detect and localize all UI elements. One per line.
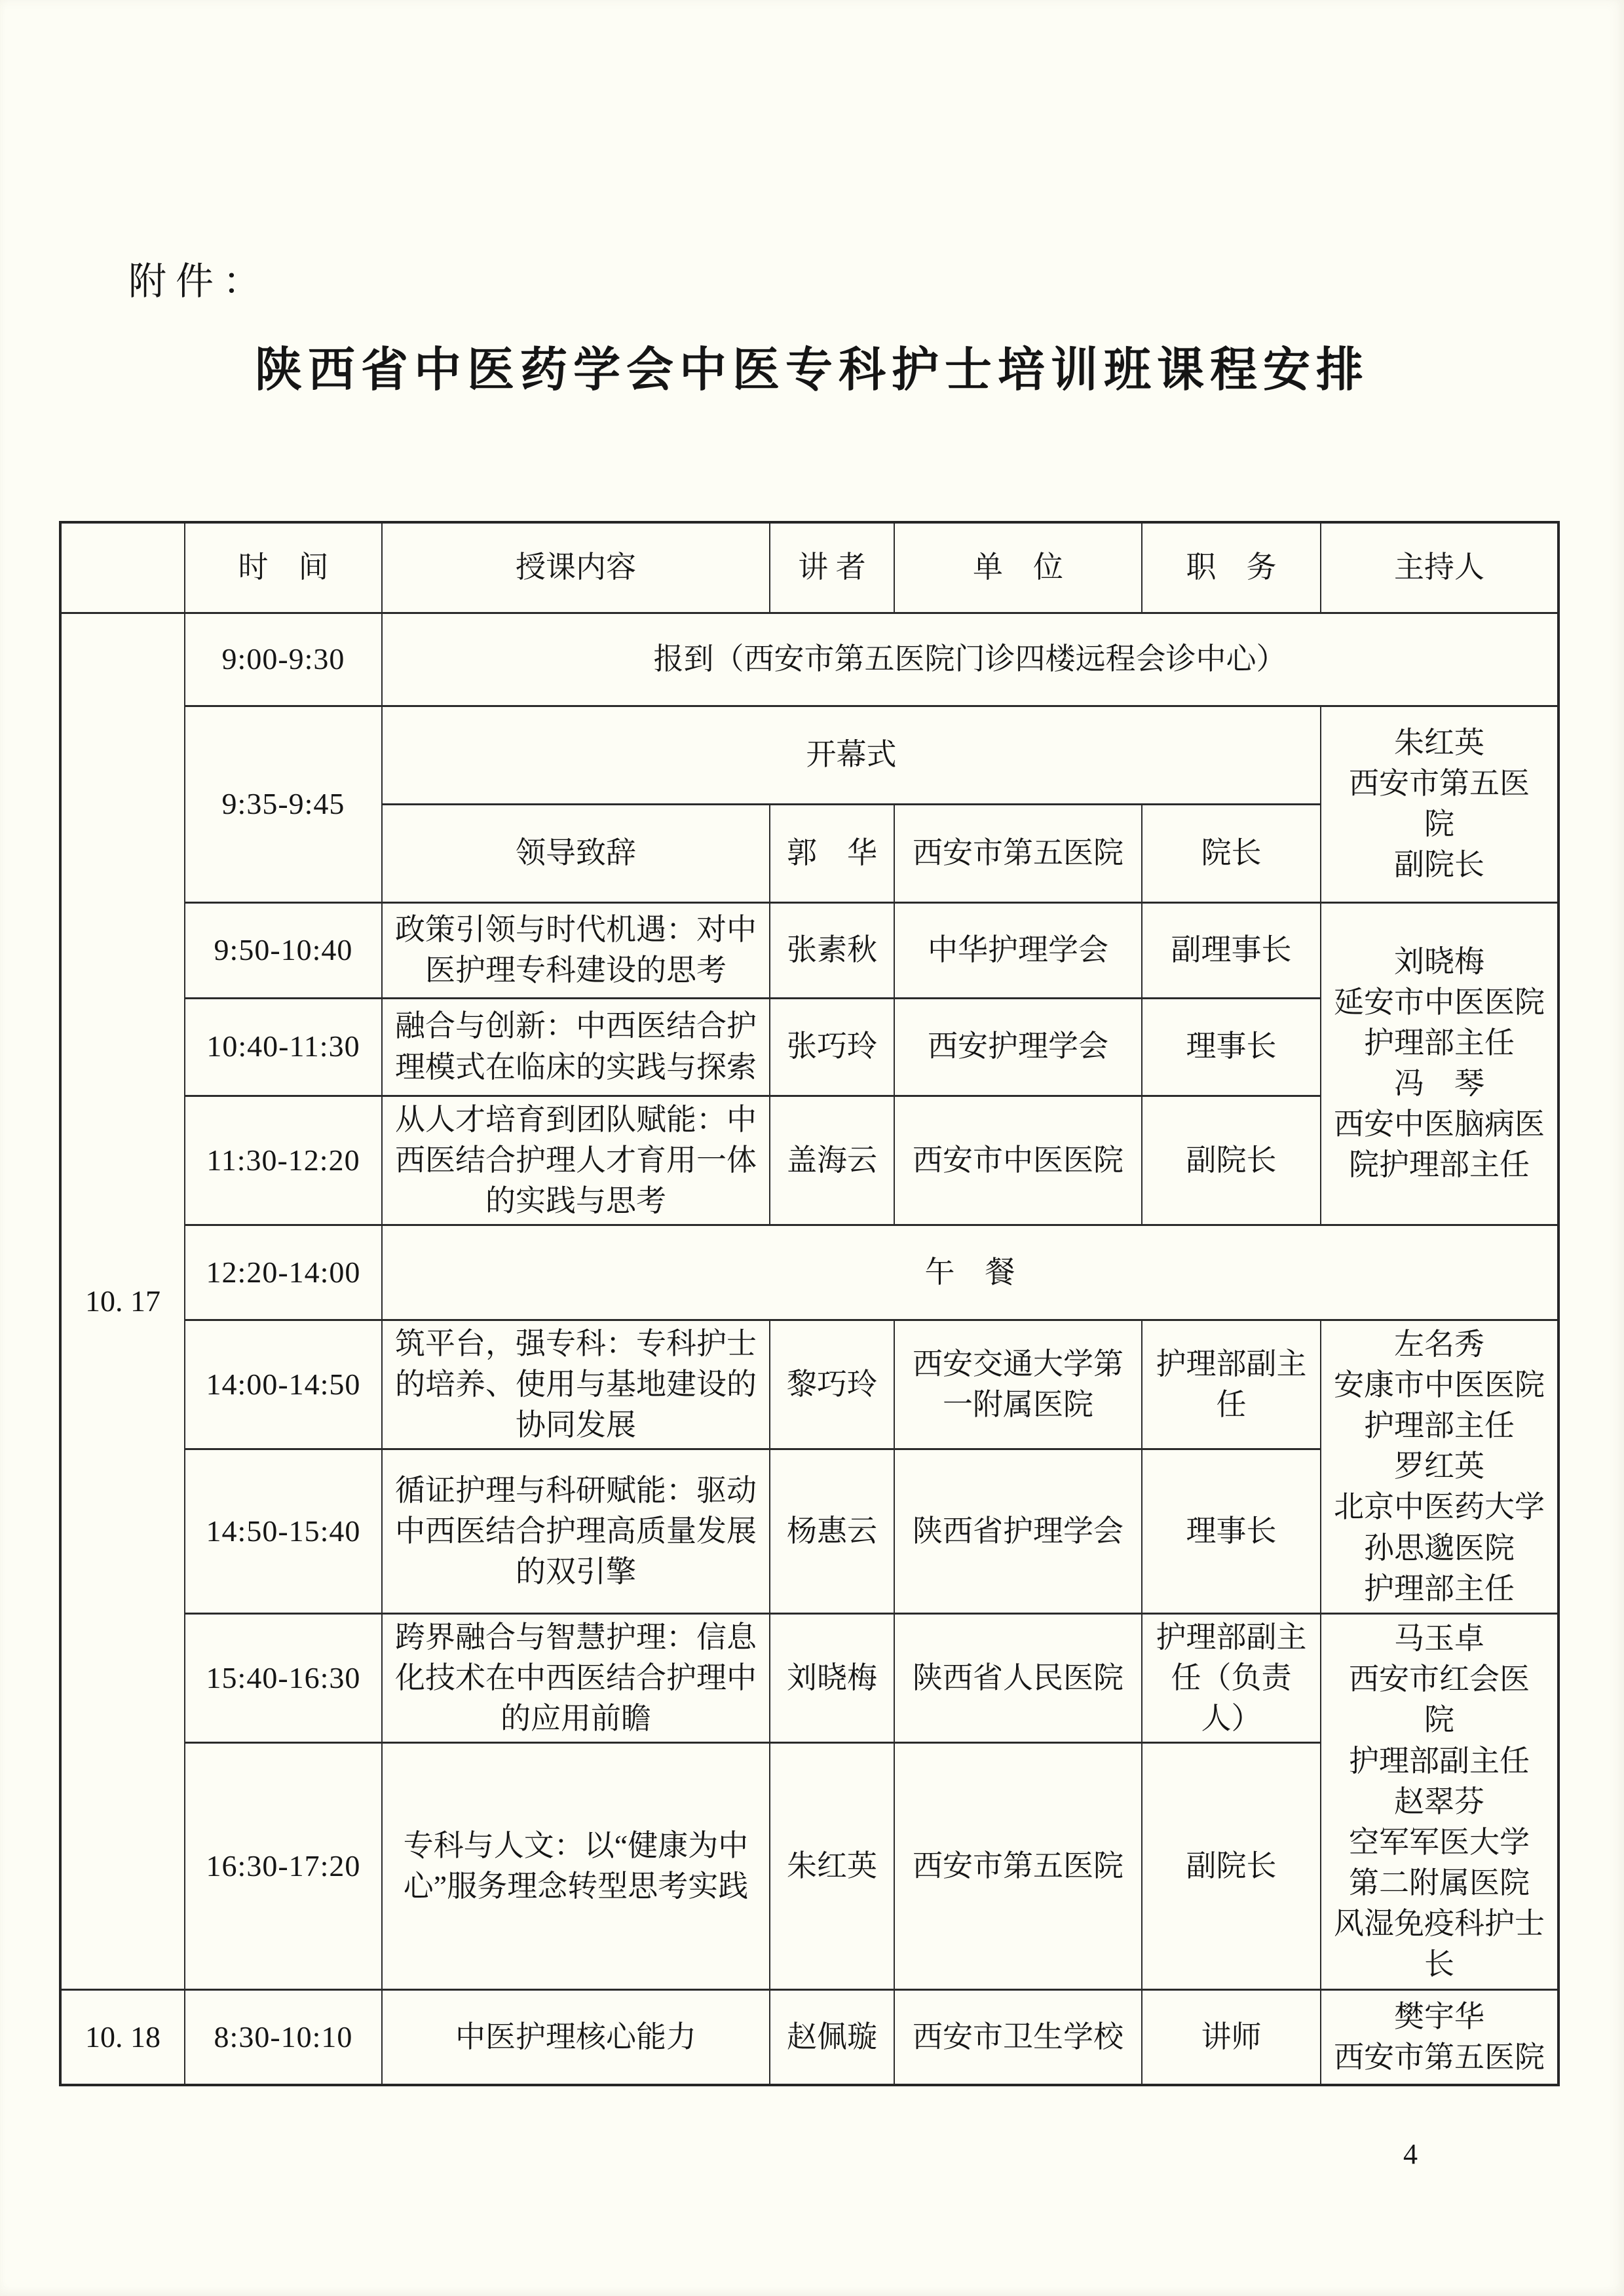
- content-cell: 专科与人文：以“健康为中心”服务理念转型思考实践: [382, 1743, 770, 1990]
- org-cell: 西安护理学会: [894, 998, 1142, 1096]
- lunch-cell: 午 餐: [382, 1225, 1558, 1320]
- time-cell: 11:30-12:20: [185, 1096, 382, 1225]
- time-cell: 8:30-10:10: [185, 1990, 382, 2085]
- speaker-cell: 张巧玲: [770, 998, 894, 1096]
- title-cell: 理事长: [1142, 1449, 1321, 1614]
- page-number: 4: [1403, 2137, 1418, 2171]
- title-cell: 院长: [1142, 804, 1321, 902]
- title-cell: 护理部副主任（负责人）: [1142, 1614, 1321, 1743]
- table-row-lecture1: 9:50-10:40 政策引领与时代机遇：对中医护理专科建设的思考 张素秋 中华…: [60, 902, 1558, 998]
- content-cell: 跨界融合与智慧护理：信息化技术在中西医结合护理中的应用前瞻: [382, 1614, 770, 1743]
- document-page: 附件： 陕西省中医药学会中医专科护士培训班课程安排 时 间 授课内容 讲 者 单…: [0, 0, 1624, 2296]
- host-cell: 樊宇华 西安市第五医院: [1321, 1990, 1558, 2085]
- host-cell: 马玉卓 西安市红会医 院 护理部副主任 赵翠芬 空军军医大学 第二附属医院 风湿…: [1321, 1614, 1558, 1990]
- speaker-cell: 张素秋: [770, 902, 894, 998]
- time-cell: 9:50-10:40: [185, 902, 382, 998]
- org-cell: 西安交通大学第一附属医院: [894, 1320, 1142, 1449]
- time-cell: 14:50-15:40: [185, 1449, 382, 1614]
- content-cell: 中医护理核心能力: [382, 1990, 770, 2085]
- title-cell: 理事长: [1142, 998, 1321, 1096]
- speaker-cell: 盖海云: [770, 1096, 894, 1225]
- content-cell: 筑平台，强专科：专科护士的培养、使用与基地建设的协同发展: [382, 1320, 770, 1449]
- speaker-cell: 赵佩璇: [770, 1990, 894, 2085]
- org-cell: 西安市第五医院: [894, 1743, 1142, 1990]
- header-time-cell: 时 间: [185, 522, 382, 613]
- table-row-lecture4: 14:00-14:50 筑平台，强专科：专科护士的培养、使用与基地建设的协同发展…: [60, 1320, 1558, 1449]
- table-row-lunch: 12:20-14:00 午 餐: [60, 1225, 1558, 1320]
- header-speaker-cell: 讲 者: [770, 522, 894, 613]
- table-row-opening-ceremony: 9:35-9:45 开幕式 朱红英 西安市第五医 院 副院长: [60, 706, 1558, 804]
- time-cell: 10:40-11:30: [185, 998, 382, 1096]
- date-cell-day2: 10. 18: [60, 1990, 185, 2085]
- time-cell: 15:40-16:30: [185, 1614, 382, 1743]
- org-cell: 陕西省护理学会: [894, 1449, 1142, 1614]
- time-cell: 12:20-14:00: [185, 1225, 382, 1320]
- header-title-cell: 职 务: [1142, 522, 1321, 613]
- table-row-registration: 10. 17 9:00-9:30 报到（西安市第五医院门诊四楼远程会诊中心）: [60, 613, 1558, 706]
- host-cell: 朱红英 西安市第五医 院 副院长: [1321, 706, 1558, 902]
- time-cell: 14:00-14:50: [185, 1320, 382, 1449]
- title-cell: 副理事长: [1142, 902, 1321, 998]
- time-cell: 9:00-9:30: [185, 613, 382, 706]
- content-cell: 报到（西安市第五医院门诊四楼远程会诊中心）: [382, 613, 1558, 706]
- header-row: 时 间 授课内容 讲 者 单 位 职 务 主持人: [60, 522, 1558, 613]
- header-content-cell: 授课内容: [382, 522, 770, 613]
- table-row-lecture6: 15:40-16:30 跨界融合与智慧护理：信息化技术在中西医结合护理中的应用前…: [60, 1614, 1558, 1743]
- title-cell: 副院长: [1142, 1096, 1321, 1225]
- org-cell: 西安市中医医院: [894, 1096, 1142, 1225]
- org-cell: 西安市卫生学校: [894, 1990, 1142, 2085]
- title-cell: 护理部副主任: [1142, 1320, 1321, 1449]
- org-cell: 陕西省人民医院: [894, 1614, 1142, 1743]
- time-cell: 9:35-9:45: [185, 706, 382, 902]
- time-cell: 16:30-17:20: [185, 1743, 382, 1990]
- title-cell: 副院长: [1142, 1743, 1321, 1990]
- org-cell: 西安市第五医院: [894, 804, 1142, 902]
- page-title: 陕西省中医药学会中医专科护士培训班课程安排: [0, 332, 1624, 400]
- host-cell: 左名秀 安康市中医医院 护理部主任 罗红英 北京中医药大学 孙思邈医院 护理部主…: [1321, 1320, 1558, 1613]
- header-date-cell: [60, 522, 185, 613]
- schedule-table: 时 间 授课内容 讲 者 单 位 职 务 主持人 10. 17 9:00-9:3…: [59, 521, 1560, 2086]
- speaker-cell: 朱红英: [770, 1743, 894, 1990]
- speaker-cell: 杨惠云: [770, 1449, 894, 1614]
- content-cell: 从人才培育到团队赋能：中西医结合护理人才育用一体的实践与思考: [382, 1096, 770, 1225]
- attachment-label: 附件：: [128, 250, 270, 305]
- content-cell: 融合与创新：中西医结合护理模式在临床的实践与探索: [382, 998, 770, 1096]
- org-cell: 中华护理学会: [894, 902, 1142, 998]
- content-cell: 政策引领与时代机遇：对中医护理专科建设的思考: [382, 902, 770, 998]
- speaker-cell: 黎巧玲: [770, 1320, 894, 1449]
- speaker-cell: 郭 华: [770, 804, 894, 902]
- speaker-cell: 刘晓梅: [770, 1614, 894, 1743]
- ceremony-cell: 开幕式: [382, 706, 1321, 804]
- header-org-cell: 单 位: [894, 522, 1142, 613]
- header-host-cell: 主持人: [1321, 522, 1558, 613]
- content-cell: 循证护理与科研赋能：驱动中西医结合护理高质量发展的双引擎: [382, 1449, 770, 1614]
- title-cell: 讲师: [1142, 1990, 1321, 2085]
- table-row-day2-lecture: 10. 18 8:30-10:10 中医护理核心能力 赵佩璇 西安市卫生学校 讲…: [60, 1990, 1558, 2085]
- host-cell: 刘晓梅 延安市中医医院 护理部主任 冯 琴 西安中医脑病医院护理部主任: [1321, 902, 1558, 1225]
- content-cell: 领导致辞: [382, 804, 770, 902]
- date-cell-day1: 10. 17: [60, 613, 185, 1990]
